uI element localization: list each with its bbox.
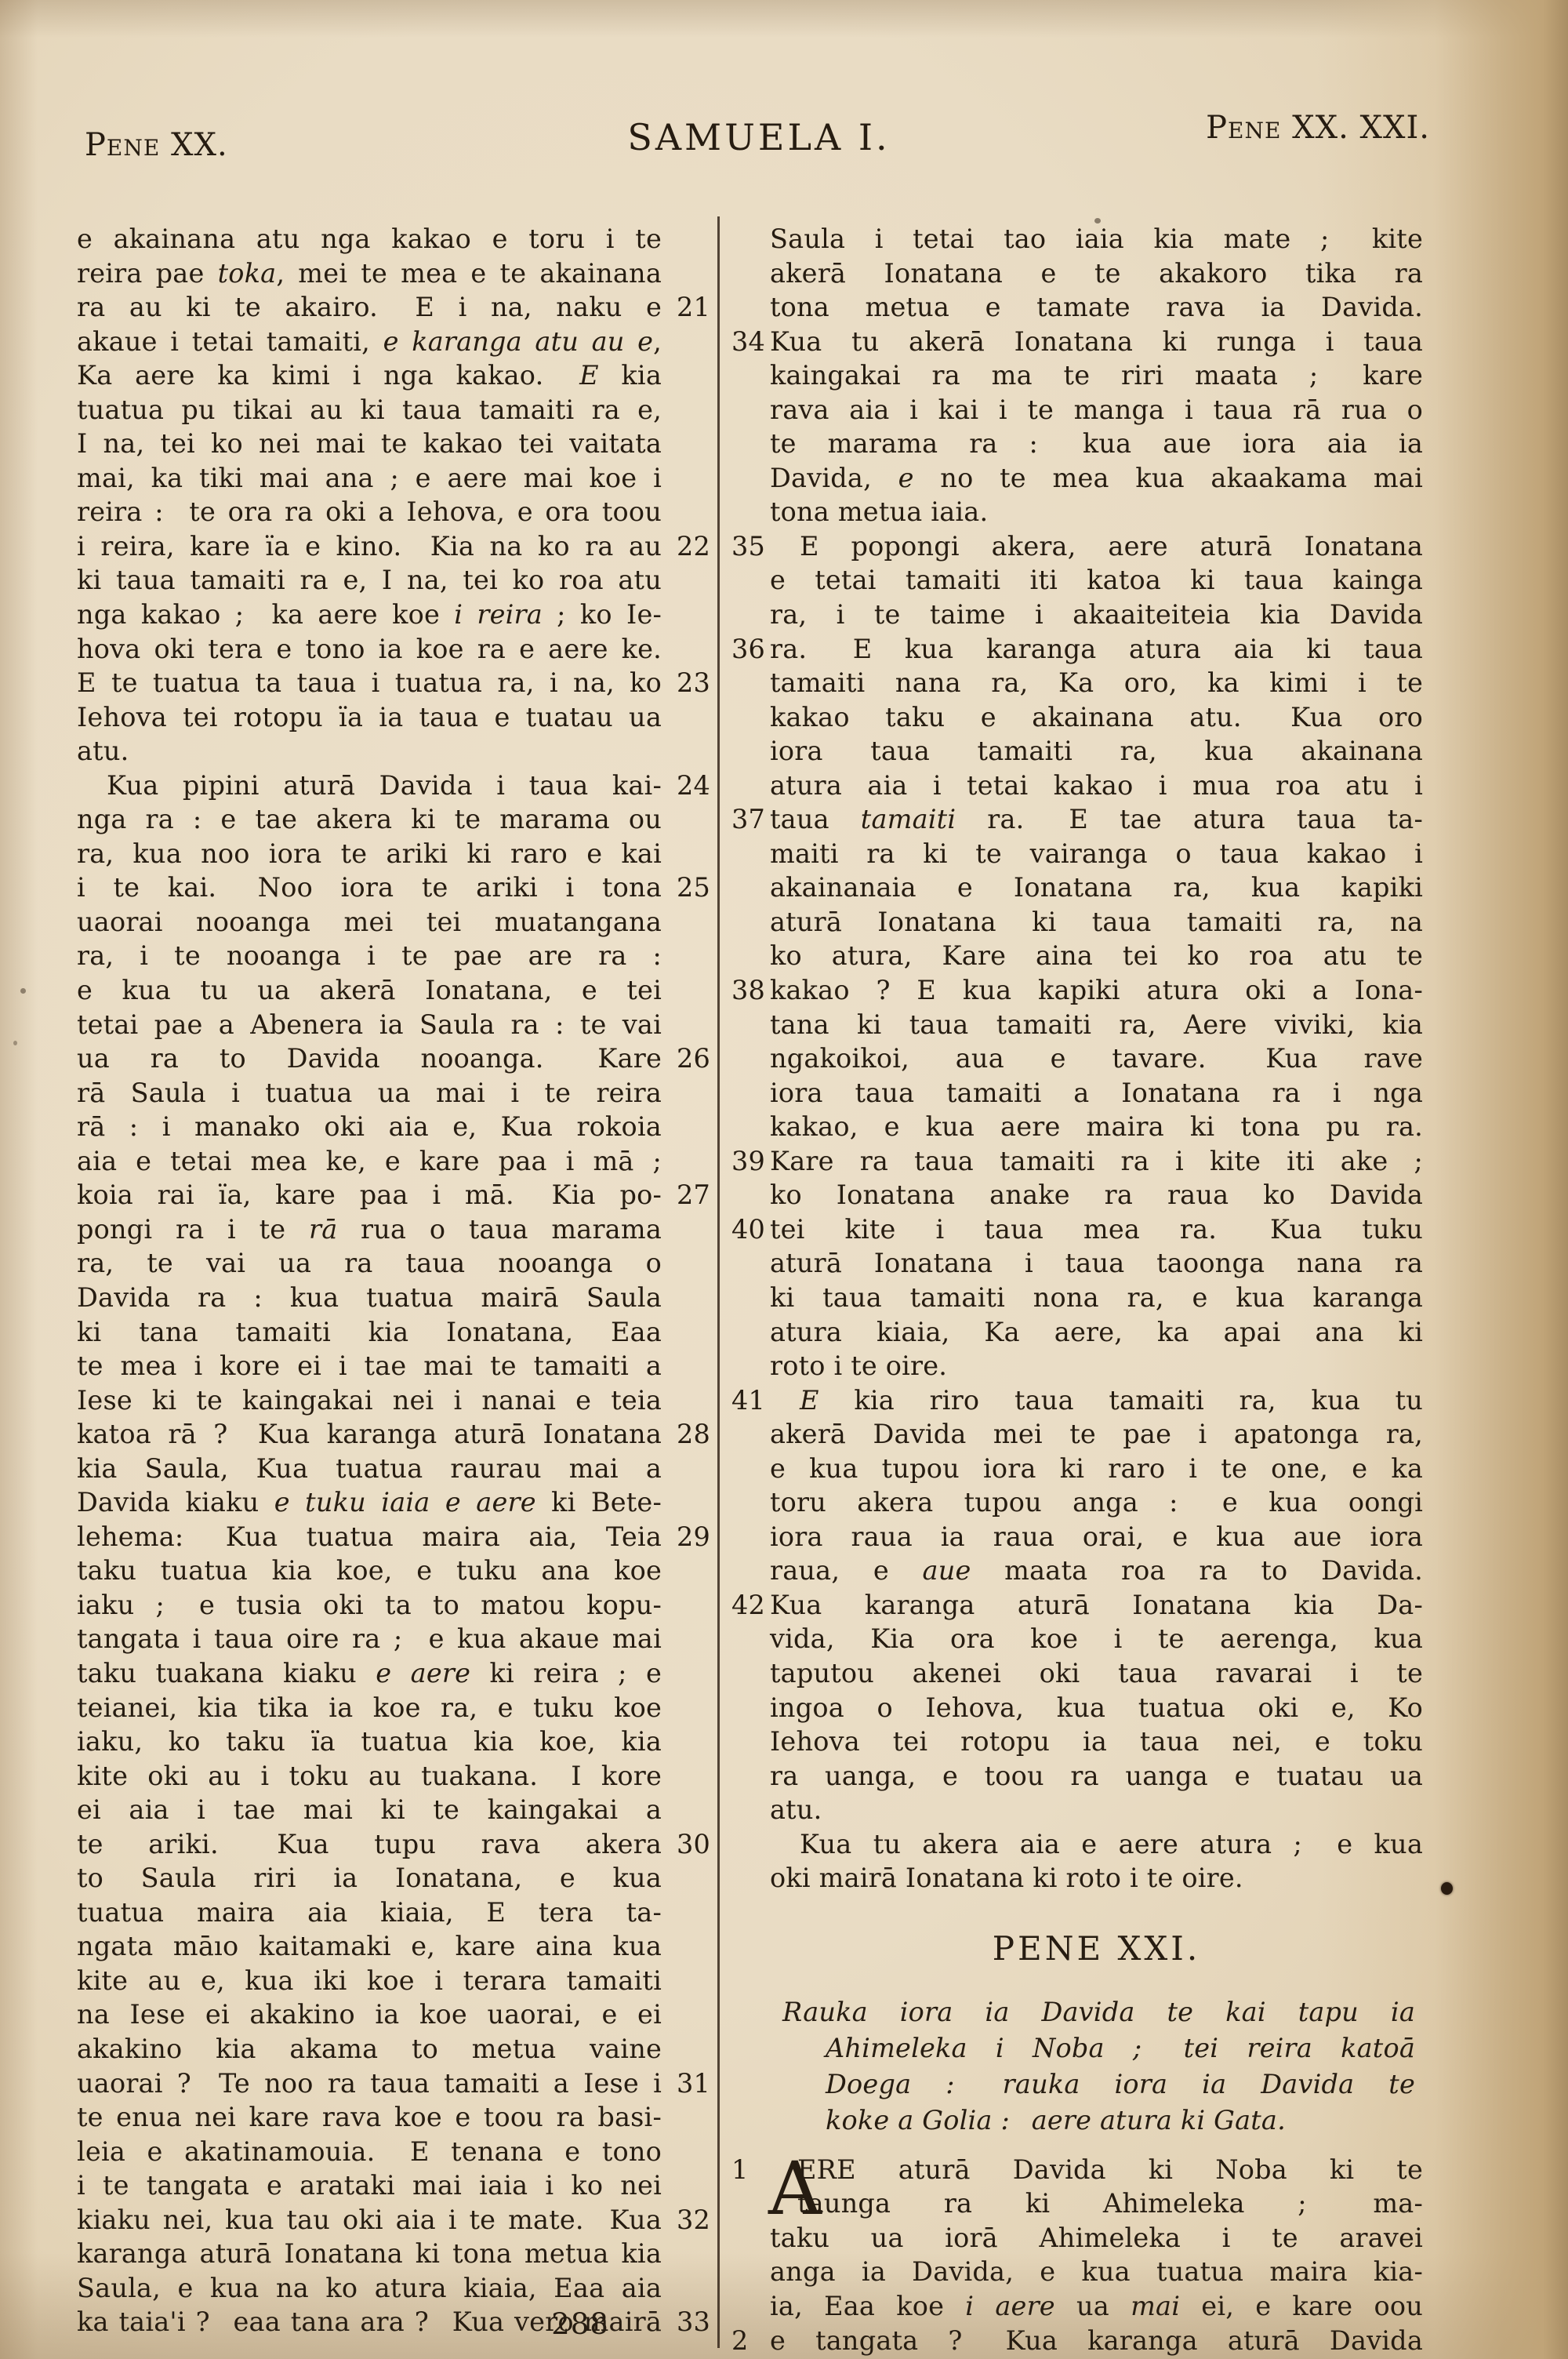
scanned-book-page: Pene XX. SAMUELA I. Pene XX. XXI. e akai… [0,0,1568,2359]
text-line: tona metua iaia. [731,495,1423,529]
verse-number: 41 [731,1383,768,1418]
line-text: ngata māıo kaitamaki e, kare aina kua [77,1929,662,1964]
line-text: taua tamaiti ra. E tae atura taua ta- [770,802,1423,837]
paper-speck [1094,218,1101,224]
line-text: toru akera tupou anga : e kua oongi [770,1485,1423,1520]
text-line: ki tana tamaiti kia Ionatana, Eaa [77,1315,710,1350]
verse-number: 1 [731,2153,768,2187]
line-text: taunga ra ki Ahimeleka ; ma- [797,2186,1423,2221]
text-line: rā : i manako oki aia e, Kua rokoia [77,1110,710,1144]
text-line: aturā Ionatana ki taua tamaiti ra, na [731,905,1423,940]
line-text: anga ia Davida, e kua tuatua maira kia- [770,2255,1423,2289]
text-line: ei aia i tae mai ki te kaingakai a [77,1793,710,1827]
text-line: ra, te vai ua ra taua nooanga o [77,1246,710,1281]
line-text: rā : i manako oki aia e, Kua rokoia [77,1110,662,1144]
text-line: tetai pae a Abenera ia Saula ra : te vai [77,1008,710,1042]
running-head-right: Pene XX. XXI. [1113,110,1430,146]
text-line: to Saula riri ia Ionatana, e kua [77,1861,710,1896]
verse-number: 25 [665,871,710,905]
line-text: kiaku nei, kua tau oki aia i te mate. Ku… [77,2203,662,2237]
text-line: kaingakai ra ma te riri maata ; kare [731,358,1423,393]
text-line: reira : te ora ra oki a Iehova, e ora to… [77,495,710,529]
line-text: iora taua tamaiti ra, kua akainana [770,734,1423,769]
line-text: Kua pipini aturā Davida i taua kai- [77,769,662,803]
line-text: Ahimeleka i Noba ; tei reira katoā [826,2030,1415,2066]
line-text: nga kakao ; ka aere koe i reira ; ko Ie- [77,598,662,632]
left-column: e akainana atu nga kakao e toru i tereir… [77,222,710,2339]
line-text: ra uanga, e toou ra uanga e tuatau ua [770,1759,1423,1794]
verse-one-block: A 1ERE aturā Davida ki Noba ki tetaunga … [731,2153,1423,2357]
line-text: teianei, kia tika ia koe ra, e tuku koe [77,1691,662,1725]
line-text: te enua nei kare rava koe e toou ra basi… [77,2100,662,2135]
line-text: pongi ra i te rā rua o taua marama [77,1212,662,1247]
line-text: oki mairā Ionatana ki roto i te oire. [770,1861,1423,1896]
text-line: akaue i tetai tamaiti, e karanga atu au … [77,325,710,359]
line-text: ko atura, Kare aina tei ko roa atu te [770,939,1423,973]
line-text: kakao ? E kua kapiki atura oki a Iona- [770,973,1423,1008]
line-text: leia e akatinamouia. E tenana e tono [77,2135,662,2169]
text-line: tuatua pu tikai au ki taua tamaiti ra e, [77,393,710,427]
text-line: Saula i tetai tao iaia kia mate ; kite [731,222,1423,256]
text-line: e akainana atu nga kakao e toru i te [77,222,710,256]
verse-number: 33 [665,2305,710,2339]
line-text: to Saula riri ia Ionatana, e kua [77,1861,662,1896]
verse-number: 37 [731,802,768,837]
verse-number: 39 [731,1144,768,1179]
text-line: e tetai tamaiti iti katoa ki taua kainga [731,563,1423,598]
text-line: kia Saula, Kua tuatua raurau mai a [77,1452,710,1486]
text-line: ra, kua noo iora te ariki ki raro e kai [77,837,710,871]
line-text: ei aia i tae mai ki te kaingakai a [77,1793,662,1827]
line-text: uaorai nooanga mei tei muatangana [77,905,662,940]
verse-number: 35 [731,529,768,564]
spacer [731,1971,1423,1994]
text-line: uaorai nooanga mei tei muatangana [77,905,710,940]
text-line: kite oki au i toku au tuakana. I kore [77,1759,710,1794]
text-line: nga kakao ; ka aere koe i reira ; ko Ie- [77,598,710,632]
text-line: tangata i taua oire ra ; e kua akaue mai [77,1622,710,1656]
line-text: kakao taku e akainana atu. Kua oro [770,700,1423,735]
ink-dot [1441,1882,1453,1895]
text-line: 40tei kite i taua mea ra. Kua tuku [731,1212,1423,1247]
text-line: akerā Ionatana e te akakoro tika ra [731,256,1423,291]
line-text: ki taua tamaiti nona ra, e kua karanga [770,1281,1423,1315]
spacer [731,1896,1423,1927]
line-text: ki tana tamaiti kia Ionatana, Eaa [77,1315,662,1350]
line-text: atura kiaia, Ka aere, ka apai ana ki [770,1315,1423,1350]
line-text: ERE aturā Davida ki Noba ki te [797,2153,1423,2187]
line-text: I na, tei ko nei mai te kakao tei vaitat… [77,427,662,461]
verse-number: 23 [665,666,710,700]
text-line: i te tangata e arataki mai iaia i ko nei [77,2168,710,2203]
line-text: e kua tupou iora ki raro i te one, e ka [770,1452,1423,1486]
text-line: ra, i te nooanga i te pae are ra : [77,939,710,973]
text-line: mai, ka tiki mai ana ; e aere mai koe i [77,461,710,496]
text-line: Iehova tei rotopu ia taua nei, e toku [731,1725,1423,1759]
text-line: Saula, e kua na ko atura kiaia, Eaa aia [77,2271,710,2306]
text-line: rava aia i kai i te manga i taua rā rua … [731,393,1423,427]
line-text: e kua tu ua akerā Ionatana, e tei [77,973,662,1008]
line-text: reira : te ora ra oki a Iehova, e ora to… [77,495,662,529]
text-line: ko atura, Kare aina tei ko roa atu te [731,939,1423,973]
text-line: anga ia Davida, e kua tuatua maira kia- [731,2255,1423,2289]
line-text: ra, i te taime i akaaiteiteia kia Davida [770,598,1423,632]
line-text: rava aia i kai i te manga i taua rā rua … [770,393,1423,427]
text-line: ki taua tamaiti nona ra, e kua karanga [731,1281,1423,1315]
text-line: karanga aturā Ionatana ki tona metua kia [77,2237,710,2271]
line-text: tuatua maira aia kiaia, E tera ta- [77,1896,662,1930]
text-line: te mea i kore ei i tae mai te tamaiti a [77,1349,710,1383]
right-column-text: Saula i tetai tao iaia kia mate ; kiteak… [731,222,1423,1896]
line-text: Kua karanga aturā Ionatana kia Da- [770,1588,1423,1623]
verse-number: 32 [665,2203,710,2237]
text-line: Kua tu akera aia e aere atura ; e kua [731,1827,1423,1862]
text-line: 37taua tamaiti ra. E tae atura taua ta- [731,802,1423,837]
text-line: akakino kia akama to metua vaine [77,2032,710,2066]
line-text: kia Saula, Kua tuatua raurau mai a [77,1452,662,1486]
text-line: ra, i te taime i akaaiteiteia kia Davida [731,598,1423,632]
text-line: Davida ra : kua tuatua mairā Saula [77,1281,710,1315]
text-line: 39Kare ra taua tamaiti ra i kite iti ake… [731,1144,1423,1179]
line-text: E te tuatua ta taua i tuatua ra, i na, k… [77,666,662,700]
line-text: Davida, e no te mea kua akaakama mai [770,461,1423,496]
line-text: taku tuatua kia koe, e tuku ana koe [77,1554,662,1588]
line-text: Iese ki te kaingakai nei i nanai e teia [77,1383,662,1418]
text-line: Davida, e no te mea kua akaakama mai [731,461,1423,496]
text-line: 2e tangata ? Kua karanga aturā Davida [731,2324,1423,2358]
text-line: taku ua iorā Ahimeleka i te aravei [731,2221,1423,2255]
line-text: na Iese ei akakino ia koe uaorai, e ei [77,1997,662,2032]
text-line: ki taua tamaiti ra e, I na, tei ko roa a… [77,563,710,598]
line-text: akerā Ionatana e te akakoro tika ra [770,256,1423,291]
line-text: iaku, ko taku ïa tuatua kia koe, kia [77,1725,662,1759]
line-text: Iehova tei rotopu ïa ia taua e tuatau ua [77,700,662,735]
line-text: ua ra to Davida nooanga. Kare [77,1041,662,1076]
line-text: ko Ionatana anake ra raua ko Davida [770,1178,1423,1212]
line-text: akaue i tetai tamaiti, e karanga atu au … [77,325,662,359]
line-text: Ka aere ka kimi i nga kakao. E kia [77,358,662,393]
verse-number: 30 [665,1827,710,1862]
text-line: kite au e, kua iki koe i terara tamaiti [77,1964,710,1998]
text-line: vida, Kia ora koe i te aerenga, kua [731,1622,1423,1656]
line-text: reira pae toka, mei te mea e te akainana [77,256,662,291]
line-text: tona metua iaia. [770,495,1423,529]
text-line: kakao, e kua aere maira ki tona pu ra. [731,1110,1423,1144]
text-line: akerā Davida mei te pae i apatonga ra, [731,1417,1423,1452]
line-text: e akainana atu nga kakao e toru i te [77,222,662,256]
line-text: akerā Davida mei te pae i apatonga ra, [770,1417,1423,1452]
text-line: iora taua tamaiti ra, kua akainana [731,734,1423,769]
text-line: iora taua tamaiti a Ionatana ra i nga [731,1076,1423,1110]
column-divider [717,216,720,2348]
text-line: raua, e aue maata roa ra to Davida. [731,1554,1423,1588]
text-line: koke a Golia : aere atura ki Gata. [731,2103,1423,2139]
line-text: Iehova tei rotopu ia taua nei, e toku [770,1725,1423,1759]
line-text: atu. [770,1793,1423,1827]
verse-number: 26 [665,1041,710,1076]
text-line: Davida kiaku e tuku iaia e aere ki Bete- [77,1485,710,1520]
right-column: Saula i tetai tao iaia kia mate ; kiteak… [731,222,1423,2357]
text-line: leia e akatinamouia. E tenana e tono [77,2135,710,2169]
verse-number: 40 [731,1212,768,1247]
verse-number: 2 [731,2324,768,2358]
line-text: te ariki. Kua tupu rava akera [77,1827,662,1862]
line-text: aturā Ionatana ki taua tamaiti ra, na [770,905,1423,940]
line-text: iora raua ia raua orai, e kua aue iora [770,1520,1423,1554]
text-line: 28katoa rā ? Kua karanga aturā Ionatana [77,1417,710,1452]
text-line: iaku, ko taku ïa tuatua kia koe, kia [77,1725,710,1759]
line-text: tona metua e tamate rava ia Davida. [770,290,1423,325]
verse-number: 21 [665,290,710,325]
text-line: ko Ionatana anake ra raua ko Davida [731,1178,1423,1212]
line-text: tamaiti nana ra, Ka oro, ka kimi i te [770,666,1423,700]
line-text: te mea i kore ei i tae mai te tamaiti a [77,1349,662,1383]
line-text: iaku ; e tusia oki ta to matou kopu- [77,1588,662,1623]
line-text: Kua tu akera aia e aere atura ; e kua [770,1827,1423,1862]
chapter-heading: PENE XXI. [731,1927,1423,1971]
text-line: atu. [77,734,710,769]
verse-number: 34 [731,325,768,359]
line-text: aturā Ionatana i taua taoonga nana ra [770,1246,1423,1281]
line-text: i te tangata e arataki mai iaia i ko nei [77,2168,662,2203]
line-text: i reira, kare ïa e kino. Kia na ko ra au [77,529,662,564]
text-line: oki mairā Ionatana ki roto i te oire. [731,1861,1423,1896]
line-text: katoa rā ? Kua karanga aturā Ionatana [77,1417,662,1452]
line-text: rā Saula i tuatua ua mai i te reira [77,1076,662,1110]
line-text: maiti ra ki te vairanga o taua kakao i [770,837,1423,871]
text-line: ia, Eaa koe i aere ua mai ei, e kare oou [731,2289,1423,2324]
text-line: 24Kua pipini aturā Davida i taua kai- [77,769,710,803]
text-line: aturā Ionatana i taua taoonga nana ra [731,1246,1423,1281]
text-line: iaku ; e tusia oki ta to matou kopu- [77,1588,710,1623]
text-line: Rauka iora ia Davida te kai tapu ia [731,1994,1423,2030]
line-text: Rauka iora ia Davida te kai tapu ia [782,1994,1415,2030]
margin-speck [13,1041,17,1045]
text-line: e kua tu ua akerā Ionatana, e tei [77,973,710,1008]
text-line: atura kiaia, Ka aere, ka apai ana ki [731,1315,1423,1350]
text-line: te enua nei kare rava koe e toou ra basi… [77,2100,710,2135]
line-text: Kare ra taua tamaiti ra i kite iti ake ; [770,1144,1423,1179]
text-line: taputou akenei oki taua ravarai i te [731,1656,1423,1691]
verse-number: 38 [731,973,768,1008]
text-line: ingoa o Iehova, kua tuatua oki e, Ko [731,1691,1423,1725]
line-text: roto i te oire. [770,1349,1423,1383]
text-line: ra uanga, e toou ra uanga e tuatau ua [731,1759,1423,1794]
text-line: 23E te tuatua ta taua i tuatua ra, i na,… [77,666,710,700]
line-text: ra, i te nooanga i te pae are ra : [77,939,662,973]
verse-number: 42 [731,1588,768,1623]
text-line: maiti ra ki te vairanga o taua kakao i [731,837,1423,871]
text-line: toru akera tupou anga : e kua oongi [731,1485,1423,1520]
line-text: ngakoikoi, aua e tavare. Kua rave [770,1041,1423,1076]
line-text: te marama ra : kua aue iora aia ia [770,427,1423,461]
line-text: ingoa o Iehova, kua tuatua oki e, Ko [770,1691,1423,1725]
line-text: aia e tetai mea ke, e kare paa i mā ; [77,1144,662,1179]
text-line: na Iese ei akakino ia koe uaorai, e ei [77,1997,710,2032]
line-text: iora taua tamaiti a Ionatana ra i nga [770,1076,1423,1110]
line-text: Doega : rauka iora ia Davida te [826,2066,1415,2103]
line-text: ki taua tamaiti ra e, I na, tei ko roa a… [77,563,662,598]
line-text: ra, kua noo iora te ariki ki raro e kai [77,837,662,871]
text-line: reira pae toka, mei te mea e te akainana [77,256,710,291]
line-text: mai, ka tiki mai ana ; e aere mai koe i [77,461,662,496]
text-line: tuatua maira aia kiaia, E tera ta- [77,1896,710,1930]
text-line: 25i te kai. Noo iora te ariki i tona [77,871,710,905]
text-line: e kua tupou iora ki raro i te one, e ka [731,1452,1423,1486]
margin-speck [20,988,26,994]
text-line: nga ra : e tae akera ki te marama ou [77,802,710,837]
verse-number: 28 [665,1417,710,1452]
line-text: kite au e, kua iki koe i terara tamaiti [77,1964,662,1998]
text-line: pongi ra i te rā rua o taua marama [77,1212,710,1247]
line-text: raua, e aue maata roa ra to Davida. [770,1554,1423,1588]
line-text: koia rai ïa, kare paa i mā. Kia po- [77,1178,662,1212]
running-head-left: Pene XX. [85,127,228,163]
text-line: 34Kua tu akerā Ionatana ki runga i taua [731,325,1423,359]
text-line: I na, tei ko nei mai te kakao tei vaitat… [77,427,710,461]
line-text: tei kite i taua mea ra. Kua tuku [770,1212,1423,1247]
text-line: Iese ki te kaingakai nei i nanai e teia [77,1383,710,1418]
text-line: iora raua ia raua orai, e kua aue iora [731,1520,1423,1554]
line-text: akakino kia akama to metua vaine [77,2032,662,2066]
line-text: ra au ki te akairo. E i na, naku e [77,290,662,325]
verse-number: 22 [665,529,710,564]
line-text: Davida ra : kua tuatua mairā Saula [77,1281,662,1315]
text-line: kakao taku e akainana atu. Kua oro [731,700,1423,735]
text-line: te marama ra : kua aue iora aia ia [731,427,1423,461]
text-line: 26ua ra to Davida nooanga. Kare [77,1041,710,1076]
line-text: tetai pae a Abenera ia Saula ra : te vai [77,1008,662,1042]
page-number: 288 [502,2307,659,2341]
line-text: vida, Kia ora koe i te aerenga, kua [770,1622,1423,1656]
text-line: 21ra au ki te akairo. E i na, naku e [77,290,710,325]
text-line: akainanaia e Ionatana ra, kua kapiki [731,871,1423,905]
text-line: tana ki taua tamaiti ra, Aere viviki, ki… [731,1008,1423,1042]
verse-number: 29 [665,1520,710,1554]
verse-number: 27 [665,1178,710,1212]
line-text: taputou akenei oki taua ravarai i te [770,1656,1423,1691]
line-text: tuatua pu tikai au ki taua tamaiti ra e, [77,393,662,427]
verse-number: 36 [731,632,768,667]
text-line: tona metua e tamate rava ia Davida. [731,290,1423,325]
text-line: 27koia rai ïa, kare paa i mā. Kia po- [77,1178,710,1212]
text-line: 29lehema: Kua tuatua maira aia, Teia [77,1520,710,1554]
verse-number: 31 [665,2066,710,2101]
line-text: Kua tu akerā Ionatana ki runga i taua [770,325,1423,359]
line-text: kaingakai ra ma te riri maata ; kare [770,358,1423,393]
text-line: Doega : rauka iora ia Davida te [731,2066,1423,2103]
text-line: taku tuakana kiaku e aere ki reira ; e [77,1656,710,1691]
line-text: Saula, e kua na ko atura kiaia, Eaa aia [77,2271,662,2306]
line-text: E popongi akera, aere aturā Ionatana [770,529,1423,564]
line-text: uaorai ? Te noo ra taua tamaiti a Iese i [77,2066,662,2101]
text-line: Iehova tei rotopu ïa ia taua e tuatau ua [77,700,710,735]
text-line: tamaiti nana ra, Ka oro, ka kimi i te [731,666,1423,700]
line-text: koke a Golia : aere atura ki Gata. [826,2103,1415,2139]
text-line: taunga ra ki Ahimeleka ; ma- [731,2186,1423,2221]
line-text: hova oki tera e tono ia koe ra e aere ke… [77,632,662,667]
text-line: 35E popongi akera, aere aturā Ionatana [731,529,1423,564]
text-line: 30te ariki. Kua tupu rava akera [77,1827,710,1862]
text-line: Ahimeleka i Noba ; tei reira katoā [731,2030,1423,2066]
text-line: teianei, kia tika ia koe ra, e tuku koe [77,1691,710,1725]
line-text: Saula i tetai tao iaia kia mate ; kite [770,222,1423,256]
line-text: lehema: Kua tuatua maira aia, Teia [77,1520,662,1554]
text-line: hova oki tera e tono ia koe ra e aere ke… [77,632,710,667]
text-line: aia e tetai mea ke, e kare paa i mā ; [77,1144,710,1179]
chapter-summary: Rauka iora ia Davida te kai tapu iaAhime… [731,1994,1423,2139]
line-text: e tetai tamaiti iti katoa ki taua kainga [770,563,1423,598]
line-text: ra. E kua karanga atura aia ki taua [770,632,1423,667]
line-text: Davida kiaku e tuku iaia e aere ki Bete- [77,1485,662,1520]
line-text: kite oki au i toku au tuakana. I kore [77,1759,662,1794]
spacer [731,2139,1423,2153]
book-title: SAMUELA I. [524,116,994,158]
text-line: 36ra. E kua karanga atura aia ki taua [731,632,1423,667]
line-text: kakao, e kua aere maira ki tona pu ra. [770,1110,1423,1144]
text-line: 38kakao ? E kua kapiki atura oki a Iona- [731,973,1423,1008]
line-text: E kia riro taua tamaiti ra, kua tu [770,1383,1423,1418]
line-text: e tangata ? Kua karanga aturā Davida [770,2324,1423,2358]
line-text: ra, te vai ua ra taua nooanga o [77,1246,662,1281]
text-line: 41E kia riro taua tamaiti ra, kua tu [731,1383,1423,1418]
text-line: roto i te oire. [731,1349,1423,1383]
line-text: atura aia i tetai kakao i mua roa atu i [770,769,1423,803]
line-text: taku ua iorā Ahimeleka i te aravei [770,2221,1423,2255]
line-text: akainanaia e Ionatana ra, kua kapiki [770,871,1423,905]
line-text: i te kai. Noo iora te ariki i tona [77,871,662,905]
text-line: taku tuatua kia koe, e tuku ana koe [77,1554,710,1588]
line-text: tangata i taua oire ra ; e kua akaue mai [77,1622,662,1656]
line-text: ia, Eaa koe i aere ua mai ei, e kare oou [770,2289,1423,2324]
text-line: 1ERE aturā Davida ki Noba ki te [731,2153,1423,2187]
line-text: atu. [77,734,662,769]
text-line: Ka aere ka kimi i nga kakao. E kia [77,358,710,393]
verse-number: 24 [665,769,710,803]
line-text: tana ki taua tamaiti ra, Aere viviki, ki… [770,1008,1423,1042]
text-line: ngakoikoi, aua e tavare. Kua rave [731,1041,1423,1076]
text-line: 32kiaku nei, kua tau oki aia i te mate. … [77,2203,710,2237]
text-line: 31uaorai ? Te noo ra taua tamaiti a Iese… [77,2066,710,2101]
text-line: 22i reira, kare ïa e kino. Kia na ko ra … [77,529,710,564]
line-text: nga ra : e tae akera ki te marama ou [77,802,662,837]
text-line: ngata māıo kaitamaki e, kare aina kua [77,1929,710,1964]
text-line: rā Saula i tuatua ua mai i te reira [77,1076,710,1110]
line-text: taku tuakana kiaku e aere ki reira ; e [77,1656,662,1691]
text-line: 42Kua karanga aturā Ionatana kia Da- [731,1588,1423,1623]
text-line: atura aia i tetai kakao i mua roa atu i [731,769,1423,803]
line-text: karanga aturā Ionatana ki tona metua kia [77,2237,662,2271]
text-line: atu. [731,1793,1423,1827]
